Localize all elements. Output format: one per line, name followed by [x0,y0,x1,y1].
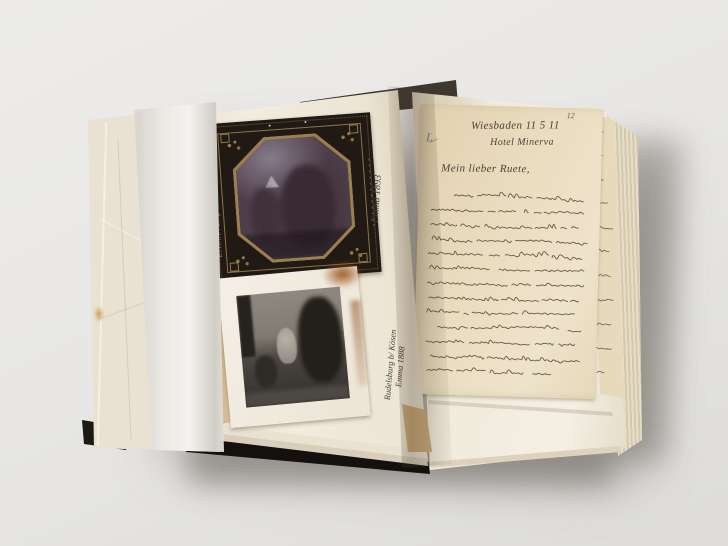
image-figure-silhouette [295,295,347,385]
tissue-stain [94,306,104,322]
image-samovar-shape [275,327,298,365]
handwriting-stroke [429,295,579,303]
tissue-crease [117,140,131,440]
handwriting-stroke [427,308,580,318]
gold-corner-ornament [337,129,356,144]
gold-corner-ornament [232,253,251,268]
handwriting-stroke [428,280,584,289]
image-foreground-band [245,384,350,407]
tintype-photo-mount [217,266,370,428]
letter-salutation: Mein lieber Ruete, [441,162,530,175]
letter-sheet: 12 L Wiesbaden 11 5 11 Hotel Minerva Mei… [413,104,603,399]
gold-corner-ornament [223,138,242,153]
handwriting-stroke [431,221,583,232]
image-dark-doorway [236,295,256,358]
handwriting-stroke [426,338,579,346]
letter-dateline: Wiesbaden 11 5 11 [450,119,580,132]
image-figure-silhouette [254,355,279,389]
photograph-open-album: 12 L Wiesbaden 11 5 11 Hotel Minerva Mei… [0,0,728,546]
handwriting-stroke [427,366,556,375]
dust-speck [269,125,271,127]
daguerreotype-case: Erinnerung an [206,112,381,284]
handwriting-stroke [428,248,582,260]
image-highlight-shape [264,175,279,188]
handwriting-stroke [432,236,587,246]
handwriting-stroke [597,371,604,373]
handwriting-stroke [454,191,583,202]
handwriting-stroke [438,323,581,333]
tissue-crease [97,122,107,446]
letter-body-handwriting [419,186,595,391]
handwriting-stroke [430,265,584,273]
letter-address-line: Hotel Minerva [462,136,582,148]
gold-corner-ornament [346,245,365,260]
handwriting-stroke [431,207,584,215]
tintype-image [236,287,350,408]
handwriting-stroke [430,354,579,364]
